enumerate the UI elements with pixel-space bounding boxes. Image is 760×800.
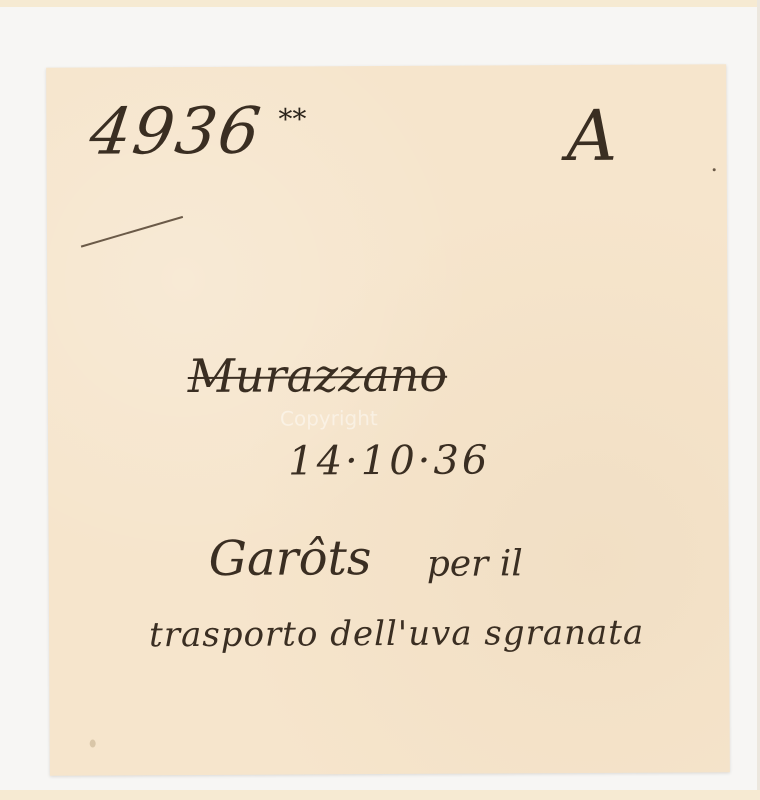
archive-card: 4936 ** A Murazzano Copyright 14·10·36 G… xyxy=(46,64,730,776)
description-title: Garôts xyxy=(209,530,372,587)
section-letter: A xyxy=(566,95,617,177)
ink-dot xyxy=(713,168,716,171)
date: 14·10·36 xyxy=(288,437,490,484)
description-line1-rest: per il xyxy=(427,543,523,585)
top-scan-strip xyxy=(0,0,760,7)
place-name: Murazzano xyxy=(188,348,448,403)
catalog-number: 4936 xyxy=(85,95,266,170)
pen-stroke-mark xyxy=(81,216,183,248)
catalog-marks: ** xyxy=(278,102,306,135)
bottom-scan-strip xyxy=(0,790,760,800)
watermark: Copyright xyxy=(280,406,378,431)
paper-spot xyxy=(90,740,96,748)
description-line2: trasporto dell'uva sgranata xyxy=(149,613,644,656)
